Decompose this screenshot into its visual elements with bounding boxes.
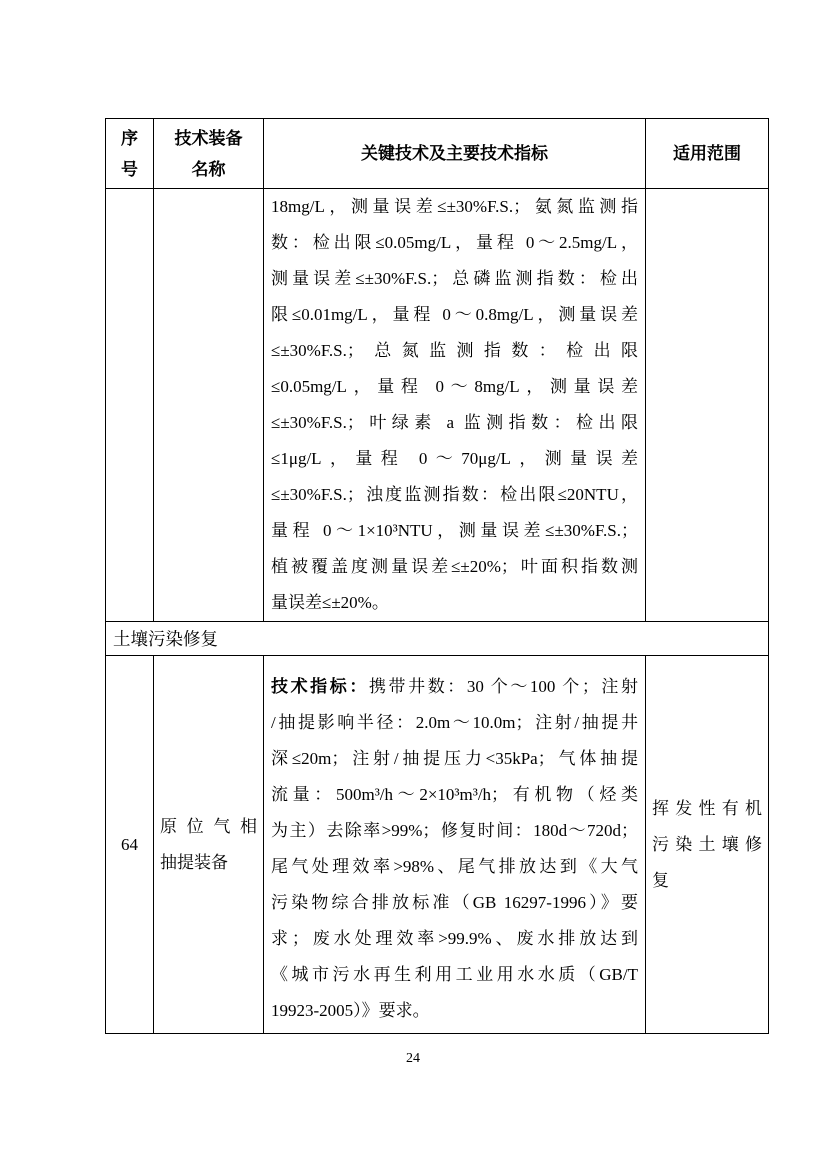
section-row: 土壤污染修复 [106,622,769,656]
row64-indicators-cell: 技术指标：携带井数：30 个～100 个；注射 /抽提影响半径：2.0m～10.… [264,656,646,1034]
spec-table: 序 号 技术装备 名称 关键技术及主要技术指标 适用范围 18mg/L，测量误差… [105,118,769,1034]
row64-indicator-first-line: 技术指标：携带井数：30 个～100 个；注射 [271,669,638,705]
row64-name-text: 原位气相抽提装备 [154,809,263,881]
continuation-indicators-cell: 18mg/L，测量误差≤±30%F.S.；氨氮监测指数：检出限≤0.05mg/L… [264,189,646,622]
row64-name-cell: 原位气相抽提装备 [154,656,264,1034]
page-number: 24 [0,1050,826,1068]
row64-scope-text: 挥发性有机污染土壤修复 [646,791,768,899]
tech-indicator-label: 技术指标： [271,677,369,696]
section-title: 土壤污染修复 [106,622,769,656]
row64-indicator-text: /抽提影响半径：2.0m～10.0m；注射/抽提井深≤20m；注射/抽提压力<3… [271,705,638,1029]
row64-scope-cell: 挥发性有机污染土壤修复 [646,656,769,1034]
header-row: 序 号 技术装备 名称 关键技术及主要技术指标 适用范围 [106,119,769,189]
row-64: 64 原位气相抽提装备 技术指标：携带井数：30 个～100 个；注射 /抽提影… [106,656,769,1034]
continuation-row: 18mg/L，测量误差≤±30%F.S.；氨氮监测指数：检出限≤0.05mg/L… [106,189,769,622]
row64-index-cell: 64 [106,656,154,1034]
document-page: 序 号 技术装备 名称 关键技术及主要技术指标 适用范围 18mg/L，测量误差… [0,0,826,1169]
header-cell-equipment-name: 技术装备 名称 [154,119,264,189]
header-cell-scope: 适用范围 [646,119,769,189]
header-cell-index: 序 号 [106,119,154,189]
row64-indicator-first-line-text: 携带井数：30 个～100 个；注射 [369,677,638,696]
continuation-index-cell [106,189,154,622]
header-cell-indicators: 关键技术及主要技术指标 [264,119,646,189]
continuation-indicator-text: 18mg/L，测量误差≤±30%F.S.；氨氮监测指数：检出限≤0.05mg/L… [271,189,638,621]
continuation-name-cell [154,189,264,622]
continuation-scope-cell [646,189,769,622]
